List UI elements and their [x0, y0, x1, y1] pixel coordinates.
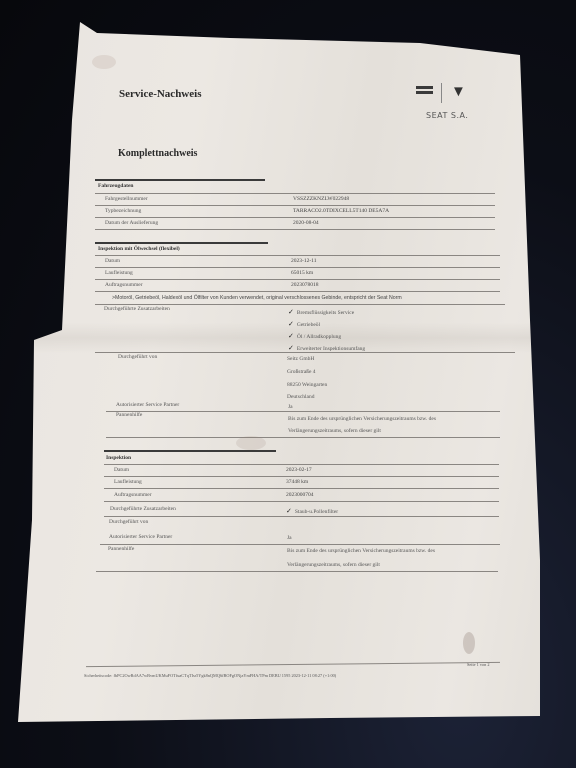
breakdown-value-2: Verlängerungszeitraums, sofern dieser gi… — [287, 562, 380, 568]
workshop-street: Großstraße 4 — [287, 369, 316, 375]
extra-item: ✓Erweiterter Inspektionsumfang — [288, 344, 365, 352]
breakdown-value-1: Bis zum Ende des ursprünglichen Versiche… — [287, 548, 435, 554]
cupra-logo-icon: ▼ — [451, 85, 466, 100]
security-label: Sicherheitscode: — [84, 673, 112, 678]
checkmark-icon: ✓ — [288, 344, 294, 352]
checkmark-icon: ✓ — [288, 308, 294, 316]
security-code: Sicherheitscode: fbPC2OwRdAA7wBvmUKMuFOT… — [84, 673, 336, 678]
breakdown-label: Pannenhilfe — [108, 546, 134, 552]
table-row: Fahrgestellnummer VSSZZZKNZLW022948 — [95, 194, 495, 206]
row-label: Laufleistung — [105, 270, 133, 276]
checkmark-icon: ✓ — [286, 507, 292, 515]
partner-label: Autorisierter Service Partner — [109, 534, 172, 540]
table-row: Datum 2023-02-17 — [104, 465, 499, 477]
rule — [95, 304, 505, 305]
extra-item: ✓Bremsflüssigkeits Service — [288, 308, 354, 316]
stain — [236, 436, 266, 450]
brand-logo: ▼ SEAT S.A. — [416, 83, 476, 123]
table-row: Typbezeichnung TARRACO2.0TDIXCELL5T140 D… — [95, 206, 495, 218]
workshop-country: Deutschland — [287, 394, 315, 400]
system-info: DEBU 1595 2023-12-11 08:27 (+1:00) — [269, 673, 336, 678]
table-row: Laufleistung 37448 km — [104, 477, 499, 489]
breakdown-label: Pannenhilfe — [116, 412, 142, 418]
footer-rule — [86, 662, 500, 667]
logo-divider — [441, 83, 442, 103]
extra-item: ✓Staub-u.Pollenfilter — [286, 507, 338, 515]
workshop-name: Seitz GmbH — [287, 356, 314, 362]
rule — [100, 544, 500, 545]
section-divider — [104, 450, 276, 452]
row-value: VSSZZZKNZLW022948 — [293, 196, 349, 202]
section-divider — [95, 242, 268, 244]
partner-value: Ja — [288, 404, 293, 410]
document-subtitle: Komplettnachweis — [118, 148, 197, 159]
extra-item: ✓Getriebeöl — [288, 320, 320, 328]
rule — [104, 516, 499, 517]
rule — [96, 571, 498, 572]
row-value: 2023078018 — [291, 282, 319, 288]
extra-text: Öl / Allradkopplung — [297, 334, 341, 340]
partner-value: Ja — [287, 535, 292, 541]
table-row: Datum 2023-12-11 — [95, 256, 500, 268]
row-value: 2023-02-17 — [286, 467, 312, 473]
row-value: 2023-12-11 — [291, 258, 316, 264]
extras-label: Durchgeführte Zusatzarbeiten — [110, 506, 176, 512]
rule — [106, 411, 500, 412]
table-row: Auftragsnummer 2023000704 — [104, 490, 499, 502]
breakdown-value-1: Bis zum Ende des ursprünglichen Versiche… — [288, 416, 436, 422]
performed-by-label: Durchgeführt von — [109, 519, 148, 525]
row-value: 2023000704 — [286, 492, 314, 498]
signature-mark — [463, 632, 475, 654]
performed-by-label: Durchgeführt von — [118, 354, 157, 360]
row-label: Auftragsnummer — [105, 282, 143, 288]
workshop-city: 88250 Weingarten — [287, 382, 327, 388]
breakdown-value-2: Verlängerungszeitraums, sofern dieser gi… — [288, 428, 381, 434]
seat-logo-icon — [416, 86, 433, 99]
row-label: Fahrgestellnummer — [105, 196, 148, 202]
row-value: 65015 km — [291, 270, 313, 276]
table-row: Auftragsnummer 2023078018 — [95, 280, 500, 292]
rule — [95, 352, 515, 353]
row-value: TARRACO2.0TDIXCELL5T140 DE5A7A — [293, 208, 389, 214]
page-number: Seite 1 von 2 — [467, 662, 490, 667]
checkmark-icon: ✓ — [288, 332, 294, 340]
row-label: Laufleistung — [114, 479, 142, 485]
table-row: Laufleistung 65015 km — [95, 268, 500, 280]
service-document: Service-Nachweis ▼ SEAT S.A. Komplettnac… — [0, 0, 576, 768]
row-label: Typbezeichnung — [105, 208, 141, 214]
checkmark-icon: ✓ — [288, 320, 294, 328]
inspection1-heading: Inspektion mit Ölwechsel (flexibel) — [98, 246, 180, 252]
extras-label: Durchgeführte Zusatzarbeiten — [104, 306, 170, 312]
row-value: 2020-08-04 — [293, 220, 319, 226]
partner-label: Autorisierter Service Partner — [116, 402, 179, 408]
row-label: Datum — [114, 467, 129, 473]
table-row: Datum der Auslieferung 2020-08-04 — [95, 218, 495, 230]
brand-name: SEAT S.A. — [426, 111, 468, 120]
security-value: fbPC2OwRdAA7wBvmUKMuFOTfuaCTqTIsr5Ygk8nQ… — [113, 673, 267, 678]
row-label: Datum — [105, 258, 120, 264]
extra-text: Getriebeöl — [297, 322, 320, 328]
row-label: Datum der Auslieferung — [105, 220, 158, 226]
inspection2-heading: Inspektion — [106, 455, 131, 461]
row-value: 37448 km — [286, 479, 308, 485]
oil-note: >Motoröl, Getriebeöl, Haldexöl und Ölfil… — [112, 295, 402, 301]
section-divider — [95, 179, 265, 181]
extra-item: ✓Öl / Allradkopplung — [288, 332, 341, 340]
document-title: Service-Nachweis — [119, 88, 201, 100]
extra-text: Bremsflüssigkeits Service — [297, 310, 354, 316]
extra-text: Staub-u.Pollenfilter — [295, 509, 338, 515]
staple-mark — [92, 55, 116, 69]
rule — [106, 437, 500, 438]
vehicle-heading: Fahrzeugdaten — [98, 183, 133, 189]
row-label: Auftragsnummer — [114, 492, 152, 498]
